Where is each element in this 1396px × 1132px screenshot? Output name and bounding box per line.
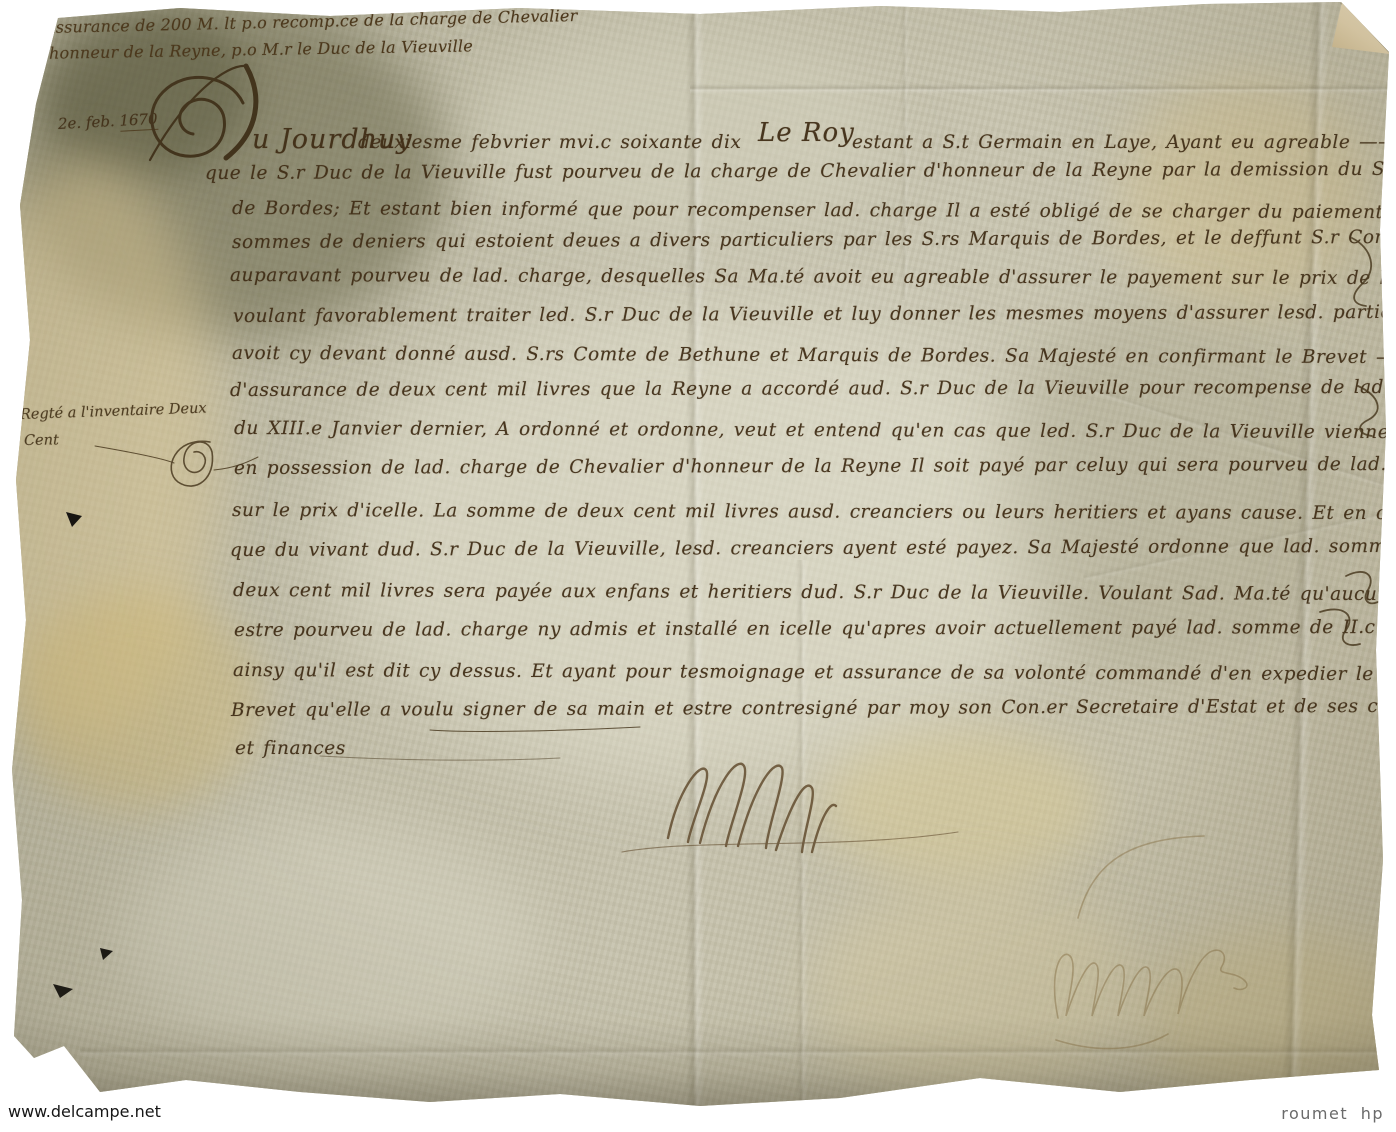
king-signature: [622, 764, 958, 852]
stain-tan-left: [0, 160, 220, 740]
bottom-edge-shadow: [0, 1018, 1396, 1112]
watermark-delcampe: www.delcampe.net: [8, 1102, 161, 1121]
stain-tan-bottom-right: [1140, 930, 1396, 1110]
crease-top-horizontal: [690, 84, 1390, 94]
le-roy-words: Le Roy: [758, 120, 855, 146]
manuscript-line: avoit cy devant donné ausd. S.rs Comte d…: [232, 345, 1396, 368]
parchment-document: assurance de 200 M. lt p.o recomp.ce de …: [0, 0, 1396, 1112]
stain-warm-bottom-center: [810, 880, 1140, 1100]
folded-corner: [1332, 2, 1392, 58]
manuscript-line: que le S.r Duc de la Vieuville fust pour…: [205, 160, 1396, 183]
manuscript-line: et finances: [235, 740, 346, 759]
manuscript-line: estant a S.t Germain en Laye, Ayant eu a…: [852, 134, 1396, 153]
watermark-roumet: roumet hp: [1281, 1104, 1384, 1123]
margin-note-line: Regté a l'inventaire Deux: [20, 401, 207, 422]
secretary-signature: [1055, 836, 1247, 1049]
docket-line: assurance de 200 M. lt p.o recomp.ce de …: [46, 8, 578, 36]
manuscript-line: voulant favorablement traiter led. S.r D…: [233, 303, 1396, 326]
margin-note-line: Cent: [24, 433, 59, 448]
manuscript-line: estre pourveu de lad. charge ny admis et…: [234, 619, 1396, 641]
manuscript-line: d'assurance de deux cent mil livres que …: [230, 379, 1396, 401]
manuscript-line: de Bordes; Et estant bien informé que po…: [232, 200, 1396, 223]
crease-bottom-horizontal: [80, 1046, 1380, 1058]
docket-line: d'honneur de la Reyne, p.o M.r le Duc de…: [34, 38, 473, 62]
stain-yellow-left: [10, 590, 260, 810]
manuscript-line: en possession de lad. charge de Chevalie…: [234, 456, 1396, 479]
photo-frame: assurance de 200 M. lt p.o recomp.ce de …: [0, 0, 1396, 1132]
stain-yellow-mid-right: [820, 730, 1100, 880]
docket-date-prefix: 2e. feb.: [58, 112, 116, 133]
manuscript-line: deux cent mil livres sera payée aux enfa…: [233, 582, 1396, 605]
initial-letter-flourish: [150, 66, 256, 160]
manuscript-line: auparavant pourveu de lad. charge, desqu…: [230, 267, 1396, 289]
manuscript-line: que du vivant dud. S.r Duc de la Vieuvil…: [230, 538, 1396, 561]
docket-date-year: 1670: [119, 110, 158, 132]
ink-speck: [53, 512, 113, 998]
fold-crease-center-lower: [796, 560, 808, 1110]
manuscript-line: Brevet qu'elle a voulu signer de sa main…: [231, 698, 1396, 721]
manuscript-line: ainsy qu'il est dit cy dessus. Et ayant …: [233, 662, 1396, 685]
manuscript-line: deuxiesme febvrier mvi.c soixante dix: [358, 134, 741, 153]
stain-pale-bottom-left: [120, 820, 540, 1060]
docket-date: 2e. feb. 1670: [58, 112, 158, 132]
manuscript-line: sur le prix d'icelle. La somme de deux c…: [232, 502, 1396, 524]
manuscript-line: du XIII.e Janvier dernier, A ordonné et …: [234, 420, 1396, 443]
manuscript-line: sommes de deniers qui estoient deues a d…: [232, 228, 1396, 252]
